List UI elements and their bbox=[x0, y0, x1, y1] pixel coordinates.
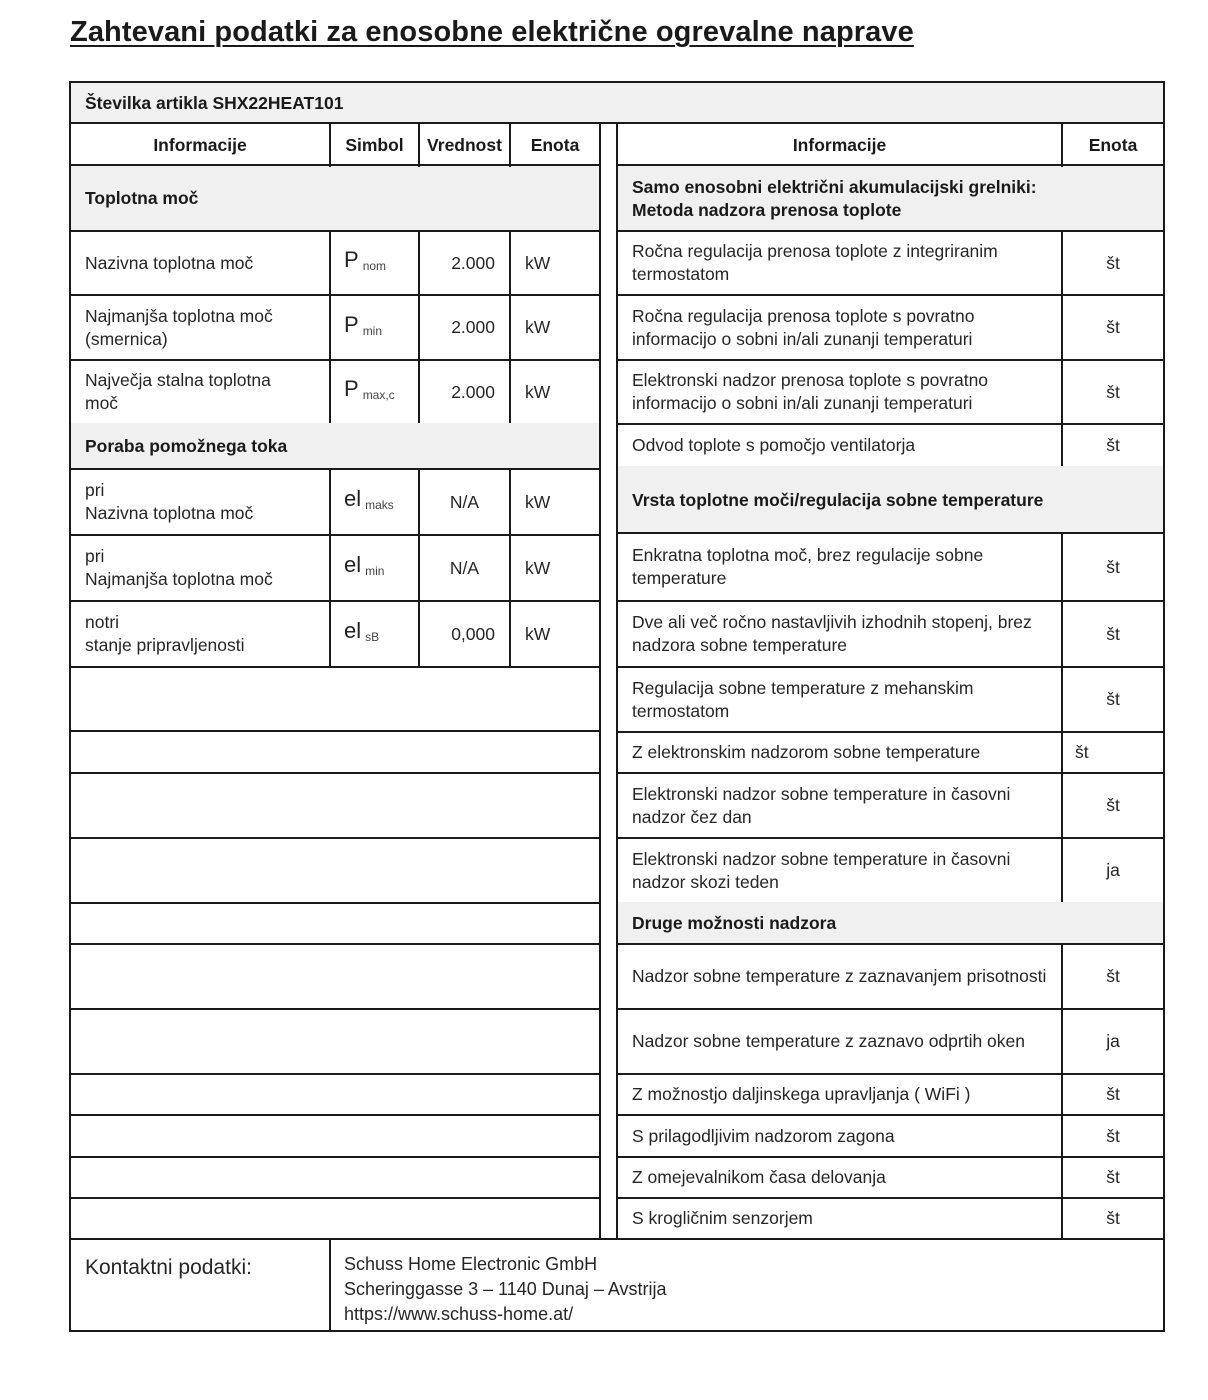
table-border bbox=[69, 81, 1165, 1332]
document-title: Zahtevani podatki za enosobne električne… bbox=[70, 16, 914, 49]
